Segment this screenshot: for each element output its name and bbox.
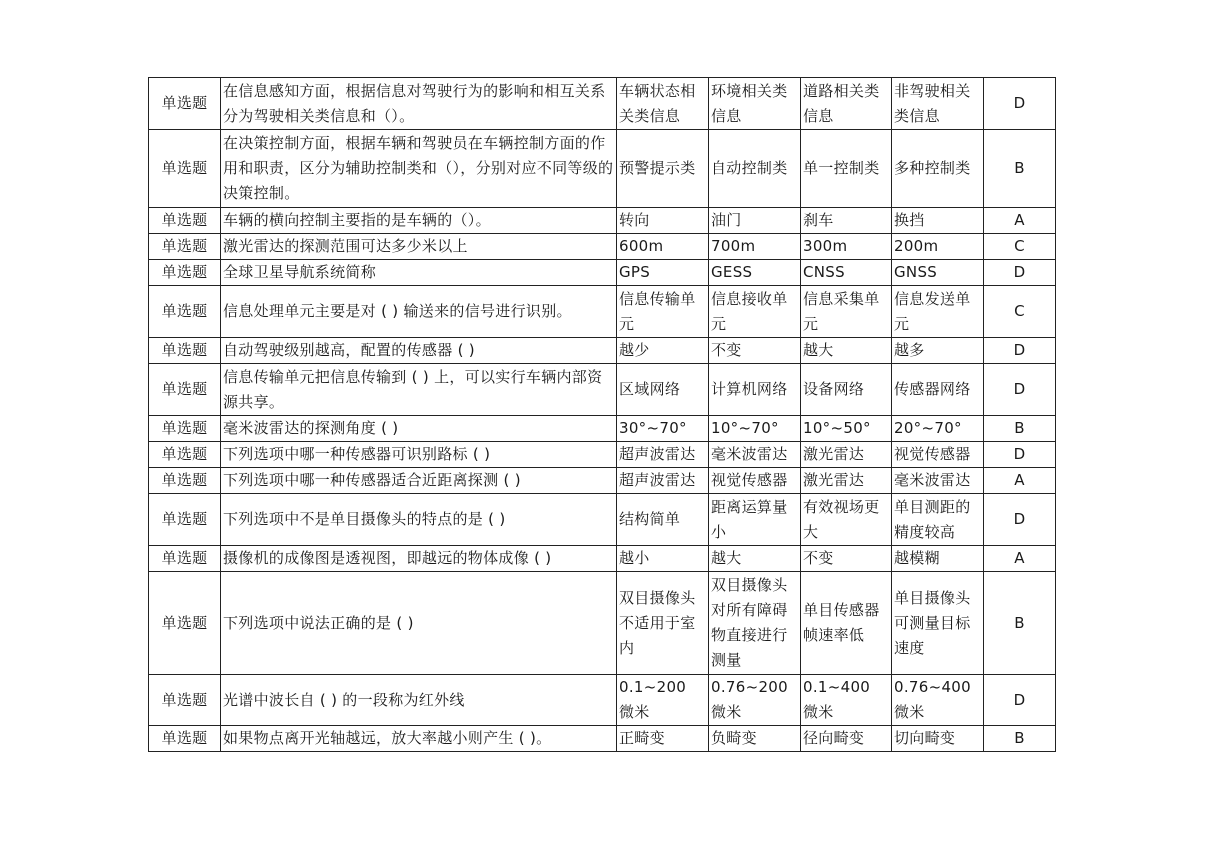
option-b-cell: 毫米波雷达: [709, 442, 801, 468]
option-a-cell: 预警提示类: [617, 130, 709, 208]
answer-cell: D: [984, 364, 1056, 416]
question-type-cell: 单选题: [149, 286, 221, 338]
table-row: 单选题 激光雷达的探测范围可达多少米以上 600m 700m 300m 200m…: [149, 234, 1056, 260]
answer-cell: D: [984, 494, 1056, 546]
option-c-cell: 道路相关类信息: [801, 78, 892, 130]
question-text-cell: 摄像机的成像图是透视图，即越远的物体成像 ( ): [221, 546, 617, 572]
option-b-cell: 计算机网络: [709, 364, 801, 416]
answer-cell: D: [984, 260, 1056, 286]
question-text-cell: 信息传输单元把信息传输到 ( ) 上，可以实行车辆内部资源共享。: [221, 364, 617, 416]
question-type-cell: 单选题: [149, 416, 221, 442]
option-c-cell: CNSS: [801, 260, 892, 286]
option-b-cell: 越大: [709, 546, 801, 572]
table-row: 单选题 信息处理单元主要是对 ( ) 输送来的信号进行识别。 信息传输单元 信息…: [149, 286, 1056, 338]
question-text-cell: 如果物点离开光轴越远，放大率越小则产生 ( )。: [221, 726, 617, 752]
option-d-cell: 换挡: [892, 208, 984, 234]
option-a-cell: 超声波雷达: [617, 442, 709, 468]
option-b-cell: 0.76~200 微米: [709, 675, 801, 726]
table-row: 单选题 自动驾驶级别越高，配置的传感器 ( ) 越少 不变 越大 越多 D: [149, 338, 1056, 364]
question-text-cell: 下列选项中哪一种传感器适合近距离探测 ( ): [221, 468, 617, 494]
option-d-cell: 越多: [892, 338, 984, 364]
option-c-cell: 越大: [801, 338, 892, 364]
option-a-cell: 0.1~200 微米: [617, 675, 709, 726]
option-b-cell: 信息接收单元: [709, 286, 801, 338]
option-c-cell: 单一控制类: [801, 130, 892, 208]
option-c-cell: 刹车: [801, 208, 892, 234]
option-b-cell: GESS: [709, 260, 801, 286]
answer-cell: A: [984, 208, 1056, 234]
option-a-cell: 区域网络: [617, 364, 709, 416]
answer-cell: D: [984, 78, 1056, 130]
question-text-cell: 下列选项中说法正确的是 ( ): [221, 572, 617, 675]
table-row: 单选题 下列选项中不是单目摄像头的特点的是 ( ) 结构简单 距离运算量小 有效…: [149, 494, 1056, 546]
answer-cell: A: [984, 546, 1056, 572]
question-type-cell: 单选题: [149, 468, 221, 494]
option-a-cell: 双目摄像头不适用于室内: [617, 572, 709, 675]
table-row: 单选题 信息传输单元把信息传输到 ( ) 上，可以实行车辆内部资源共享。 区域网…: [149, 364, 1056, 416]
question-text-cell: 毫米波雷达的探测角度 ( ): [221, 416, 617, 442]
table-row: 单选题 在信息感知方面，根据信息对驾驶行为的影响和相互关系分为驾驶相关类信息和（…: [149, 78, 1056, 130]
question-type-cell: 单选题: [149, 364, 221, 416]
option-a-cell: 超声波雷达: [617, 468, 709, 494]
option-d-cell: 200m: [892, 234, 984, 260]
question-table: 单选题 在信息感知方面，根据信息对驾驶行为的影响和相互关系分为驾驶相关类信息和（…: [148, 77, 1056, 752]
question-type-cell: 单选题: [149, 546, 221, 572]
option-a-cell: GPS: [617, 260, 709, 286]
question-text-cell: 光谱中波长自 ( ) 的一段称为红外线: [221, 675, 617, 726]
question-type-cell: 单选题: [149, 572, 221, 675]
option-b-cell: 油门: [709, 208, 801, 234]
option-c-cell: 信息采集单元: [801, 286, 892, 338]
option-d-cell: 0.76~400 微米: [892, 675, 984, 726]
answer-cell: B: [984, 726, 1056, 752]
answer-cell: D: [984, 675, 1056, 726]
option-c-cell: 不变: [801, 546, 892, 572]
option-a-cell: 信息传输单元: [617, 286, 709, 338]
question-type-cell: 单选题: [149, 338, 221, 364]
option-c-cell: 10°~50°: [801, 416, 892, 442]
option-a-cell: 30°~70°: [617, 416, 709, 442]
option-b-cell: 自动控制类: [709, 130, 801, 208]
question-type-cell: 单选题: [149, 675, 221, 726]
question-text-cell: 在信息感知方面，根据信息对驾驶行为的影响和相互关系分为驾驶相关类信息和（）。: [221, 78, 617, 130]
question-text-cell: 下列选项中不是单目摄像头的特点的是 ( ): [221, 494, 617, 546]
option-b-cell: 距离运算量小: [709, 494, 801, 546]
question-type-cell: 单选题: [149, 234, 221, 260]
question-text-cell: 在决策控制方面，根据车辆和驾驶员在车辆控制方面的作用和职责，区分为辅助控制类和（…: [221, 130, 617, 208]
question-type-cell: 单选题: [149, 260, 221, 286]
option-b-cell: 不变: [709, 338, 801, 364]
option-a-cell: 越小: [617, 546, 709, 572]
option-d-cell: 20°~70°: [892, 416, 984, 442]
option-b-cell: 10°~70°: [709, 416, 801, 442]
option-b-cell: 视觉传感器: [709, 468, 801, 494]
table-row: 单选题 全球卫星导航系统简称 GPS GESS CNSS GNSS D: [149, 260, 1056, 286]
option-b-cell: 双目摄像头对所有障碍物直接进行测量: [709, 572, 801, 675]
question-table-body: 单选题 在信息感知方面，根据信息对驾驶行为的影响和相互关系分为驾驶相关类信息和（…: [149, 78, 1056, 752]
option-a-cell: 结构简单: [617, 494, 709, 546]
question-text-cell: 激光雷达的探测范围可达多少米以上: [221, 234, 617, 260]
table-row: 单选题 车辆的横向控制主要指的是车辆的（）。 转向 油门 刹车 换挡 A: [149, 208, 1056, 234]
question-type-cell: 单选题: [149, 494, 221, 546]
option-c-cell: 300m: [801, 234, 892, 260]
question-text-cell: 车辆的横向控制主要指的是车辆的（）。: [221, 208, 617, 234]
question-text-cell: 全球卫星导航系统简称: [221, 260, 617, 286]
option-d-cell: 单目测距的精度较高: [892, 494, 984, 546]
table-row: 单选题 光谱中波长自 ( ) 的一段称为红外线 0.1~200 微米 0.76~…: [149, 675, 1056, 726]
table-row: 单选题 下列选项中说法正确的是 ( ) 双目摄像头不适用于室内 双目摄像头对所有…: [149, 572, 1056, 675]
question-type-cell: 单选题: [149, 726, 221, 752]
option-a-cell: 车辆状态相关类信息: [617, 78, 709, 130]
option-d-cell: 非驾驶相关类信息: [892, 78, 984, 130]
table-row: 单选题 下列选项中哪一种传感器适合近距离探测 ( ) 超声波雷达 视觉传感器 激…: [149, 468, 1056, 494]
answer-cell: C: [984, 234, 1056, 260]
question-type-cell: 单选题: [149, 208, 221, 234]
option-c-cell: 径向畸变: [801, 726, 892, 752]
answer-cell: A: [984, 468, 1056, 494]
option-d-cell: 单目摄像头可测量目标速度: [892, 572, 984, 675]
question-type-cell: 单选题: [149, 130, 221, 208]
option-b-cell: 700m: [709, 234, 801, 260]
answer-cell: D: [984, 338, 1056, 364]
option-d-cell: 毫米波雷达: [892, 468, 984, 494]
document-page: 单选题 在信息感知方面，根据信息对驾驶行为的影响和相互关系分为驾驶相关类信息和（…: [148, 77, 1056, 752]
answer-cell: D: [984, 442, 1056, 468]
option-c-cell: 激光雷达: [801, 442, 892, 468]
option-d-cell: 传感器网络: [892, 364, 984, 416]
option-d-cell: GNSS: [892, 260, 984, 286]
answer-cell: B: [984, 416, 1056, 442]
option-d-cell: 视觉传感器: [892, 442, 984, 468]
table-row: 单选题 摄像机的成像图是透视图，即越远的物体成像 ( ) 越小 越大 不变 越模…: [149, 546, 1056, 572]
table-row: 单选题 如果物点离开光轴越远，放大率越小则产生 ( )。 正畸变 负畸变 径向畸…: [149, 726, 1056, 752]
question-type-cell: 单选题: [149, 78, 221, 130]
question-type-cell: 单选题: [149, 442, 221, 468]
table-row: 单选题 下列选项中哪一种传感器可识别路标 ( ) 超声波雷达 毫米波雷达 激光雷…: [149, 442, 1056, 468]
option-c-cell: 设备网络: [801, 364, 892, 416]
table-row: 单选题 在决策控制方面，根据车辆和驾驶员在车辆控制方面的作用和职责，区分为辅助控…: [149, 130, 1056, 208]
option-a-cell: 转向: [617, 208, 709, 234]
question-text-cell: 下列选项中哪一种传感器可识别路标 ( ): [221, 442, 617, 468]
answer-cell: B: [984, 572, 1056, 675]
option-c-cell: 激光雷达: [801, 468, 892, 494]
question-text-cell: 信息处理单元主要是对 ( ) 输送来的信号进行识别。: [221, 286, 617, 338]
option-d-cell: 信息发送单元: [892, 286, 984, 338]
option-a-cell: 越少: [617, 338, 709, 364]
option-c-cell: 单目传感器帧速率低: [801, 572, 892, 675]
option-a-cell: 600m: [617, 234, 709, 260]
answer-cell: C: [984, 286, 1056, 338]
question-text-cell: 自动驾驶级别越高，配置的传感器 ( ): [221, 338, 617, 364]
option-c-cell: 0.1~400 微米: [801, 675, 892, 726]
option-a-cell: 正畸变: [617, 726, 709, 752]
option-c-cell: 有效视场更大: [801, 494, 892, 546]
option-d-cell: 多种控制类: [892, 130, 984, 208]
option-b-cell: 负畸变: [709, 726, 801, 752]
option-d-cell: 切向畸变: [892, 726, 984, 752]
answer-cell: B: [984, 130, 1056, 208]
table-row: 单选题 毫米波雷达的探测角度 ( ) 30°~70° 10°~70° 10°~5…: [149, 416, 1056, 442]
option-b-cell: 环境相关类信息: [709, 78, 801, 130]
option-d-cell: 越模糊: [892, 546, 984, 572]
